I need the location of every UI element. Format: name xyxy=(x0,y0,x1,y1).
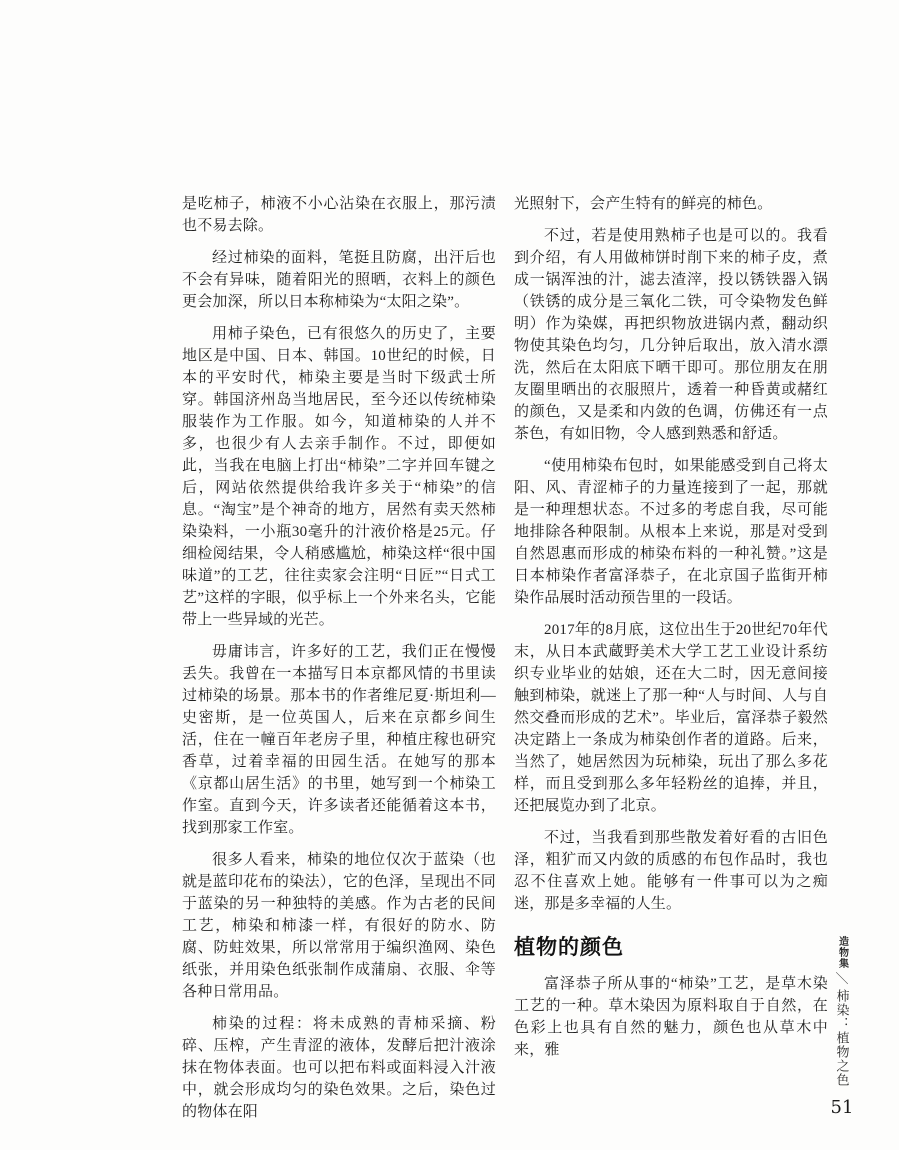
section-heading: 植物的颜色 xyxy=(514,937,828,959)
paragraph: 经过柿染的面料，笔挺且防腐，出汗后也不会有异味，随着阳光的照晒，衣料上的颜色更会… xyxy=(182,247,496,313)
series-title: 造物集 xyxy=(835,936,850,969)
paragraph: 毋庸讳言，许多好的工艺，我们正在慢慢丢失。我曾在一本描写日本京都风情的书里读过柿… xyxy=(182,641,496,839)
paragraph: 不过，若是使用熟柿子也是可以的。我看到介绍，有人用做柿饼时削下来的柿子皮，煮成一… xyxy=(514,225,828,445)
paragraph: “使用柿染布包时，如果能感受到自己将太阳、风、青涩柿子的力量连接到了一起，那就是… xyxy=(514,455,828,609)
paragraph: 柿染的过程：将未成熟的青柿采摘、粉碎、压榨，产生青涩的液体，发酵后把汁液涂抹在物… xyxy=(182,1013,496,1123)
paragraph: 不过，当我看到那些散发着好看的古旧色泽，粗犷而又内敛的质感的布包作品时，我也忍不… xyxy=(514,827,828,915)
paragraph: 是吃柿子，柿液不小心沾染在衣服上，那污渍也不易去除。 xyxy=(182,193,496,237)
book-page: 是吃柿子，柿液不小心沾染在衣服上，那污渍也不易去除。 经过柿染的面料，笔挺且防腐… xyxy=(0,0,899,1150)
paragraph: 光照射下，会产生特有的鲜亮的柿色。 xyxy=(514,193,828,215)
paragraph: 富泽恭子所从事的“柿染”工艺，是草木染工艺的一种。草木染因为原料取自于自然，在色… xyxy=(514,973,828,1061)
paragraph: 2017年的8月底，这位出生于20世纪70年代末，从日本武蔵野美术大学工艺工业设… xyxy=(514,619,828,817)
text-column-left: 是吃柿子，柿液不小心沾染在衣服上，那污渍也不易去除。 经过柿染的面料，笔挺且防腐… xyxy=(182,193,496,1133)
margin-sidebar: 造物集 ＼ 柿染：植物之色 51 xyxy=(822,936,862,1118)
slash-divider-icon: ＼ xyxy=(835,971,848,987)
paragraph: 很多人看来，柿染的地位仅次于蓝染（也就是蓝印花布的染法），它的色泽，呈现出不同于… xyxy=(182,849,496,1003)
article-body: 是吃柿子，柿液不小心沾染在衣服上，那污渍也不易去除。 经过柿染的面料，笔挺且防腐… xyxy=(182,193,828,1133)
chapter-title: 柿染：植物之色 xyxy=(833,989,852,1087)
paragraph: 用柿子染色，已有很悠久的历史了，主要地区是中国、日本、韩国。10世纪的时候，日本… xyxy=(182,323,496,631)
page-number: 51 xyxy=(831,1097,854,1118)
text-column-right: 光照射下，会产生特有的鲜亮的柿色。 不过，若是使用熟柿子也是可以的。我看到介绍，… xyxy=(514,193,828,1133)
